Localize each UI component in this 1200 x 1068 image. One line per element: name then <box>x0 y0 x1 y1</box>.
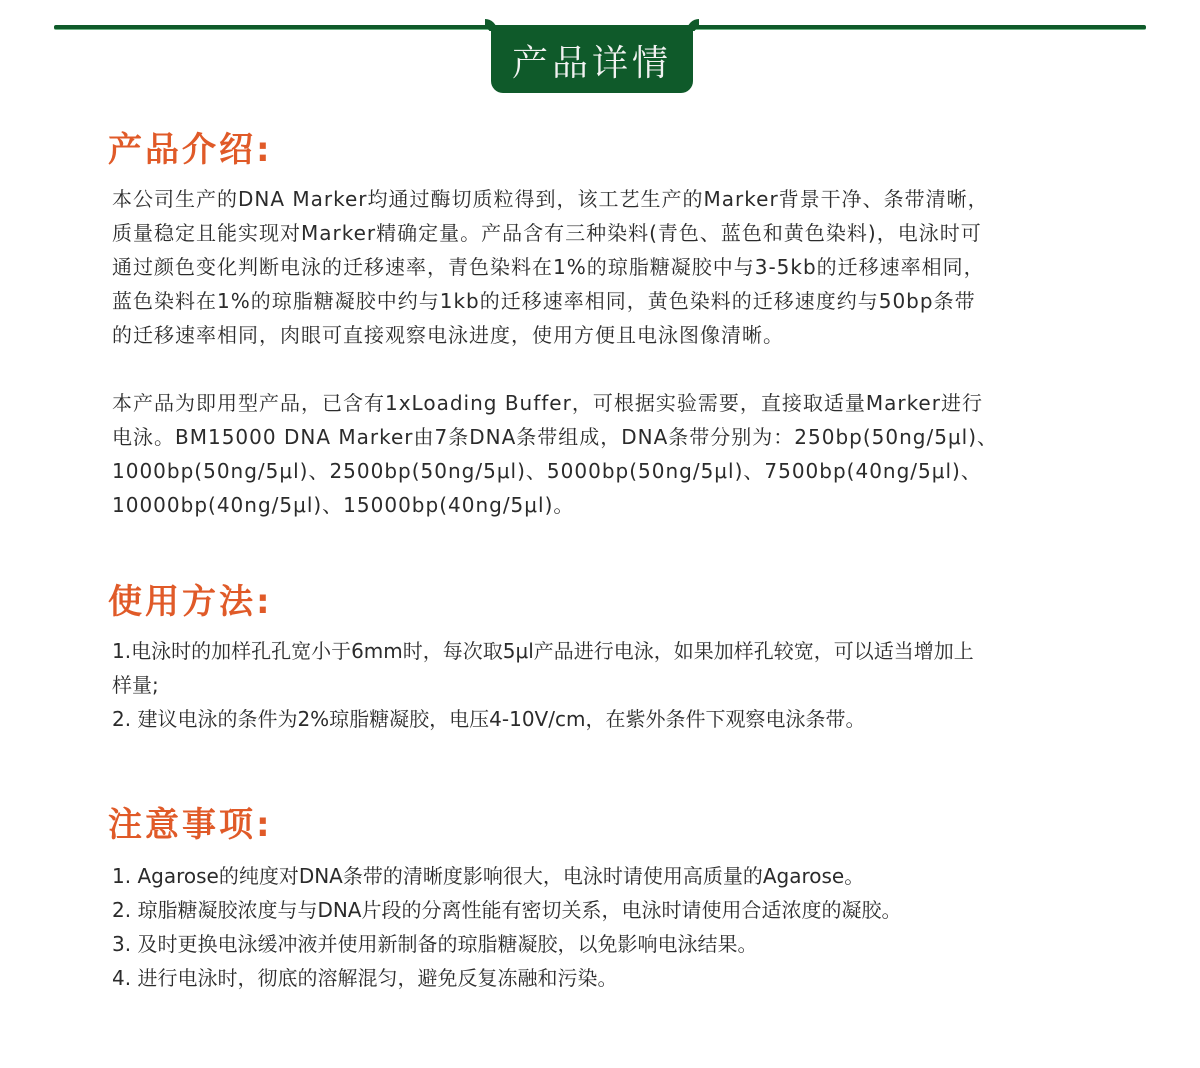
usage-item: 2. 建议电泳的条件为2%琼脂糖凝胶，电压4-10V/cm，在紫外条件下观察电泳… <box>112 702 1108 736</box>
page-title-tab: 产品详情 <box>491 25 693 93</box>
text-line: 蓝色染料在1%的琼脂糖凝胶中约与1kb的迁移速率相同，黄色染料的迁移速度约与50… <box>112 284 1108 318</box>
intro-body: 本公司生产的DNA Marker均通过酶切质粒得到，该工艺生产的Marker背景… <box>108 182 1108 522</box>
section-product-intro: 产品介绍: 本公司生产的DNA Marker均通过酶切质粒得到，该工艺生产的Ma… <box>108 128 1108 522</box>
paragraph-gap <box>108 352 1108 386</box>
text-line: 本公司生产的DNA Marker均通过酶切质粒得到，该工艺生产的Marker背景… <box>112 182 1108 216</box>
text-line: 本产品为即用型产品，已含有1xLoading Buffer，可根据实验需要，直接… <box>112 386 1108 420</box>
note-item: 2. 琼脂糖凝胶浓度与与DNA片段的分离性能有密切关系，电泳时请使用合适浓度的凝… <box>112 893 1108 927</box>
intro-paragraph-1: 本公司生产的DNA Marker均通过酶切质粒得到，该工艺生产的Marker背景… <box>108 182 1108 352</box>
usage-item-continuation: 样量; <box>112 668 1108 702</box>
intro-paragraph-2: 本产品为即用型产品，已含有1xLoading Buffer，可根据实验需要，直接… <box>108 386 1108 522</box>
text-line: 通过颜色变化判断电泳的迁移速率，青色染料在1%的琼脂糖凝胶中与3-5kb的迁移速… <box>112 250 1108 284</box>
section-heading-intro: 产品介绍: <box>108 128 1108 172</box>
note-item: 3. 及时更换电泳缓冲液并使用新制备的琼脂糖凝胶，以免影响电泳结果。 <box>112 927 1108 961</box>
section-notes: 注意事项: 1. Agarose的纯度对DNA条带的清晰度影响很大，电泳时请使用… <box>108 803 1108 995</box>
note-item: 1. Agarose的纯度对DNA条带的清晰度影响很大，电泳时请使用高质量的Ag… <box>112 859 1108 893</box>
text-line: 1000bp(50ng/5μl)、2500bp(50ng/5μl)、5000bp… <box>112 454 1108 488</box>
usage-list: 1.电泳时的加样孔孔宽小于6mm时，每次取5μl产品进行电泳，如果加样孔较宽，可… <box>108 634 1108 736</box>
text-line: 质量稳定且能实现对Marker精确定量。产品含有三种染料(青色、蓝色和黄色染料)… <box>112 216 1108 250</box>
notes-body: 1. Agarose的纯度对DNA条带的清晰度影响很大，电泳时请使用高质量的Ag… <box>108 859 1108 995</box>
section-heading-usage: 使用方法: <box>108 580 1108 624</box>
usage-body: 1.电泳时的加样孔孔宽小于6mm时，每次取5μl产品进行电泳，如果加样孔较宽，可… <box>108 634 1108 736</box>
text-line: 10000bp(40ng/5μl)、15000bp(40ng/5μl)。 <box>112 488 1108 522</box>
section-heading-notes: 注意事项: <box>108 803 1108 847</box>
page-title: 产品详情 <box>512 35 672 86</box>
text-line: 的迁移速率相同，肉眼可直接观察电泳进度，使用方便且电泳图像清晰。 <box>112 318 1108 352</box>
notes-list: 1. Agarose的纯度对DNA条带的清晰度影响很大，电泳时请使用高质量的Ag… <box>108 859 1108 995</box>
usage-item: 1.电泳时的加样孔孔宽小于6mm时，每次取5μl产品进行电泳，如果加样孔较宽，可… <box>112 634 1108 668</box>
text-line: 电泳。BM15000 DNA Marker由7条DNA条带组成，DNA条带分别为… <box>112 420 1108 454</box>
note-item: 4. 进行电泳时，彻底的溶解混匀，避免反复冻融和污染。 <box>112 961 1108 995</box>
section-usage: 使用方法: 1.电泳时的加样孔孔宽小于6mm时，每次取5μl产品进行电泳，如果加… <box>108 580 1108 736</box>
